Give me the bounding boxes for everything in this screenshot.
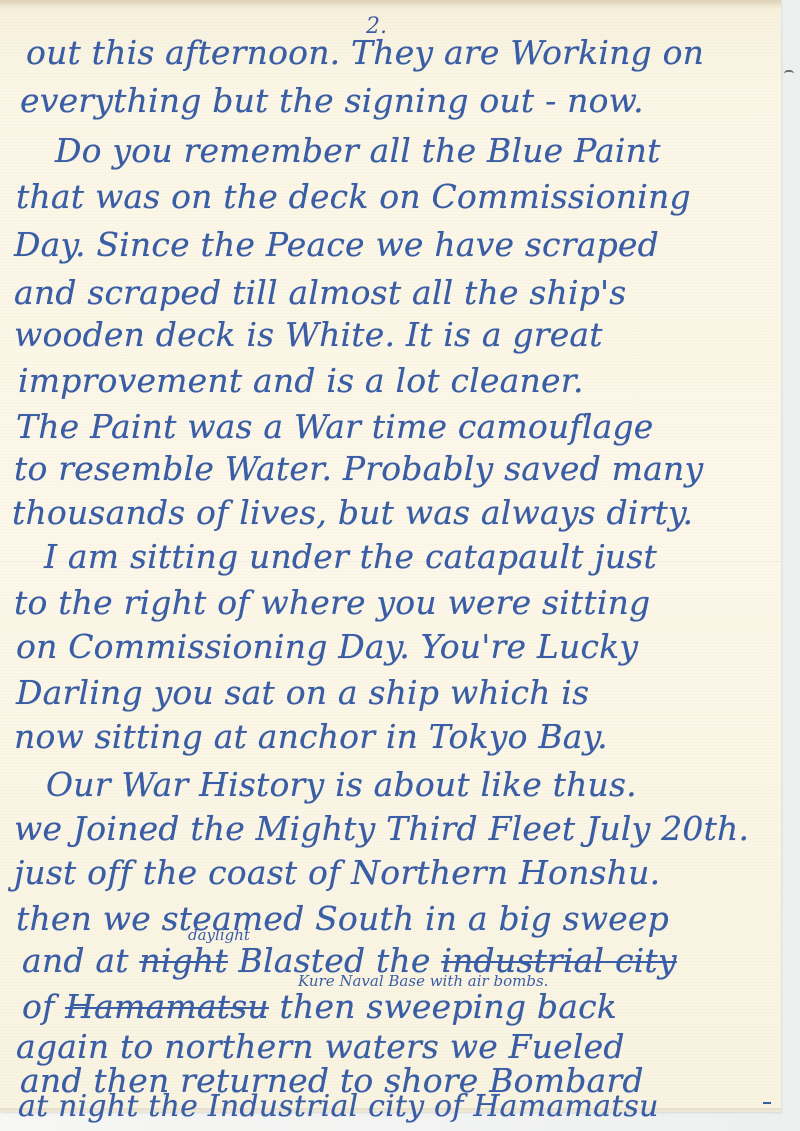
letter-line: just off the coast of Northern Honshu. <box>14 856 660 889</box>
letter-line: to the right of where you were sitting <box>14 586 650 619</box>
letter-line: now sitting at anchor in Tokyo Bay. <box>14 720 608 753</box>
letter-line-edited: of Hamamatsu then sweeping back <box>22 990 617 1023</box>
paper-edge-tab <box>784 70 794 76</box>
letter-line: we Joined the Mighty Third Fleet July 20… <box>14 812 749 845</box>
letter-line: again to northern waters we Fueled <box>16 1030 625 1063</box>
paper-top-wear <box>0 0 781 10</box>
letter-line: Day. Since the Peace we have scraped <box>14 228 659 261</box>
struck-word: Hamamatsu <box>65 987 269 1026</box>
letter-line: then we steamed South in a big sweep <box>16 902 669 935</box>
scanned-letter-page: 2. out this afternoon. They are Working … <box>0 0 800 1131</box>
letter-line: Our War History is about like thus. <box>46 768 637 801</box>
letter-line: improvement and is a lot cleaner. <box>18 364 584 397</box>
letter-line: wooden deck is White. It is a great <box>14 318 603 351</box>
letter-line: that was on the deck on Commissioning <box>16 180 691 213</box>
trailing-dash-mark <box>763 1102 771 1104</box>
letter-paper: 2. out this afternoon. They are Working … <box>0 0 781 1112</box>
letter-line: Do you remember all the Blue Paint <box>55 134 661 167</box>
letter-line: Darling you sat on a ship which is <box>16 676 589 709</box>
letter-line: everything but the signing out - now. <box>20 84 644 117</box>
letter-line: I am sitting under the catapault just <box>44 540 657 573</box>
letter-line: out this afternoon. They are Working on <box>26 36 704 69</box>
letter-line: to resemble Water. Probably saved many <box>14 452 703 485</box>
letter-line: on Commissioning Day. You're Lucky <box>16 630 638 663</box>
letter-line: at night the Industrial city of Hamamats… <box>18 1092 659 1122</box>
line-text: then sweeping back <box>280 987 617 1026</box>
line-text: of <box>22 987 54 1026</box>
letter-line: The Paint was a War time camouflage <box>16 410 654 443</box>
letter-line: thousands of lives, but was always dirty… <box>12 496 693 529</box>
struck-word: night <box>139 941 227 980</box>
line-text: and at <box>22 941 129 980</box>
letter-line: and scraped till almost all the ship's <box>14 276 626 309</box>
